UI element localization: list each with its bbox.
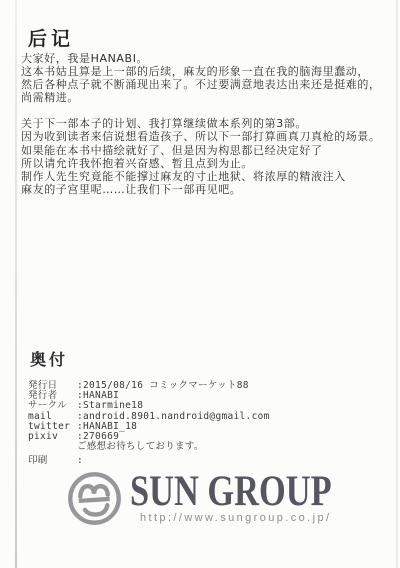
- sun-group-emblem-icon: [66, 470, 123, 527]
- printer-name: SUN GROUP: [130, 470, 332, 513]
- colophon-row-twitter: twitter :HANABI_18: [28, 422, 270, 432]
- colophon-row-publish-date: 発行日 :2015/08/16 コミックマーケット88: [28, 381, 270, 391]
- printer-url: http://www.sungroup.co.jp/: [140, 512, 331, 524]
- afterword-line: 如果能在本书中描绘就好了、但是因为构思都已经决定好了: [21, 144, 389, 157]
- afterword-line: 制作人先生究竟能不能撑过麻友的寸止地狱、将浓厚的精液注入: [21, 170, 389, 183]
- afterword-line: 麻友的子宫里呢……让我们下一部再见吧。: [21, 183, 389, 196]
- colophon-value: ご感想お待ちしております。: [77, 442, 204, 452]
- afterword-line: 关于下一部本子的计划、我打算继续做本系列的第3部。: [21, 117, 389, 130]
- afterword-paragraph-2: 关于下一部本子的计划、我打算继续做本系列的第3部。 因为收到读者来信说想看造孩子…: [21, 117, 389, 196]
- afterword-paragraph-1: 大家好，我是HANABI。 这本书姑且算是上一部的后续，麻友的形象一直在我的脑海…: [21, 52, 389, 104]
- afterword-line: 大家好，我是HANABI。: [21, 52, 389, 65]
- afterword-line: 所以请允许我怀抱着兴奋感、暂且点到为止。: [21, 157, 389, 170]
- afterword-line: 然后各种点子就不断涌现出来了。不过要满意地表达出来还是挺难的，: [21, 78, 389, 91]
- afterword-line: 因为收到读者来信说想看造孩子、所以下一部打算画真刀真枪的场景。: [21, 130, 389, 143]
- colophon-title: 奥付: [30, 351, 270, 369]
- colophon-row-feedback-note: ご感想お待ちしております。: [28, 442, 270, 452]
- colophon-label: 印刷: [28, 456, 77, 466]
- colophon-label: [28, 442, 77, 452]
- colophon-section: 奥付 発行日 :2015/08/16 コミックマーケット88 発行者 :HANA…: [28, 351, 270, 467]
- afterword-line: 尚需精进。: [21, 91, 389, 104]
- afterword-title: 后记: [28, 29, 389, 49]
- colophon-rows: 発行日 :2015/08/16 コミックマーケット88 発行者 :HANABI …: [28, 381, 270, 467]
- scanned-page: 后记 大家好，我是HANABI。 这本书姑且算是上一部的后续，麻友的形象一直在我…: [0, 0, 400, 568]
- afterword-section: 后记 大家好，我是HANABI。 这本书姑且算是上一部的后续，麻友的形象一直在我…: [21, 29, 389, 196]
- printer-logo-block: SUN GROUP http://www.sungroup.co.jp/: [0, 468, 400, 538]
- colophon-value: :: [77, 456, 83, 466]
- afterword-line: 这本书姑且算是上一部的后续，麻友的形象一直在我的脑海里蠢动，: [21, 65, 389, 78]
- colophon-label: pixiv: [28, 432, 77, 442]
- colophon-row-printer: 印刷 :: [28, 456, 270, 466]
